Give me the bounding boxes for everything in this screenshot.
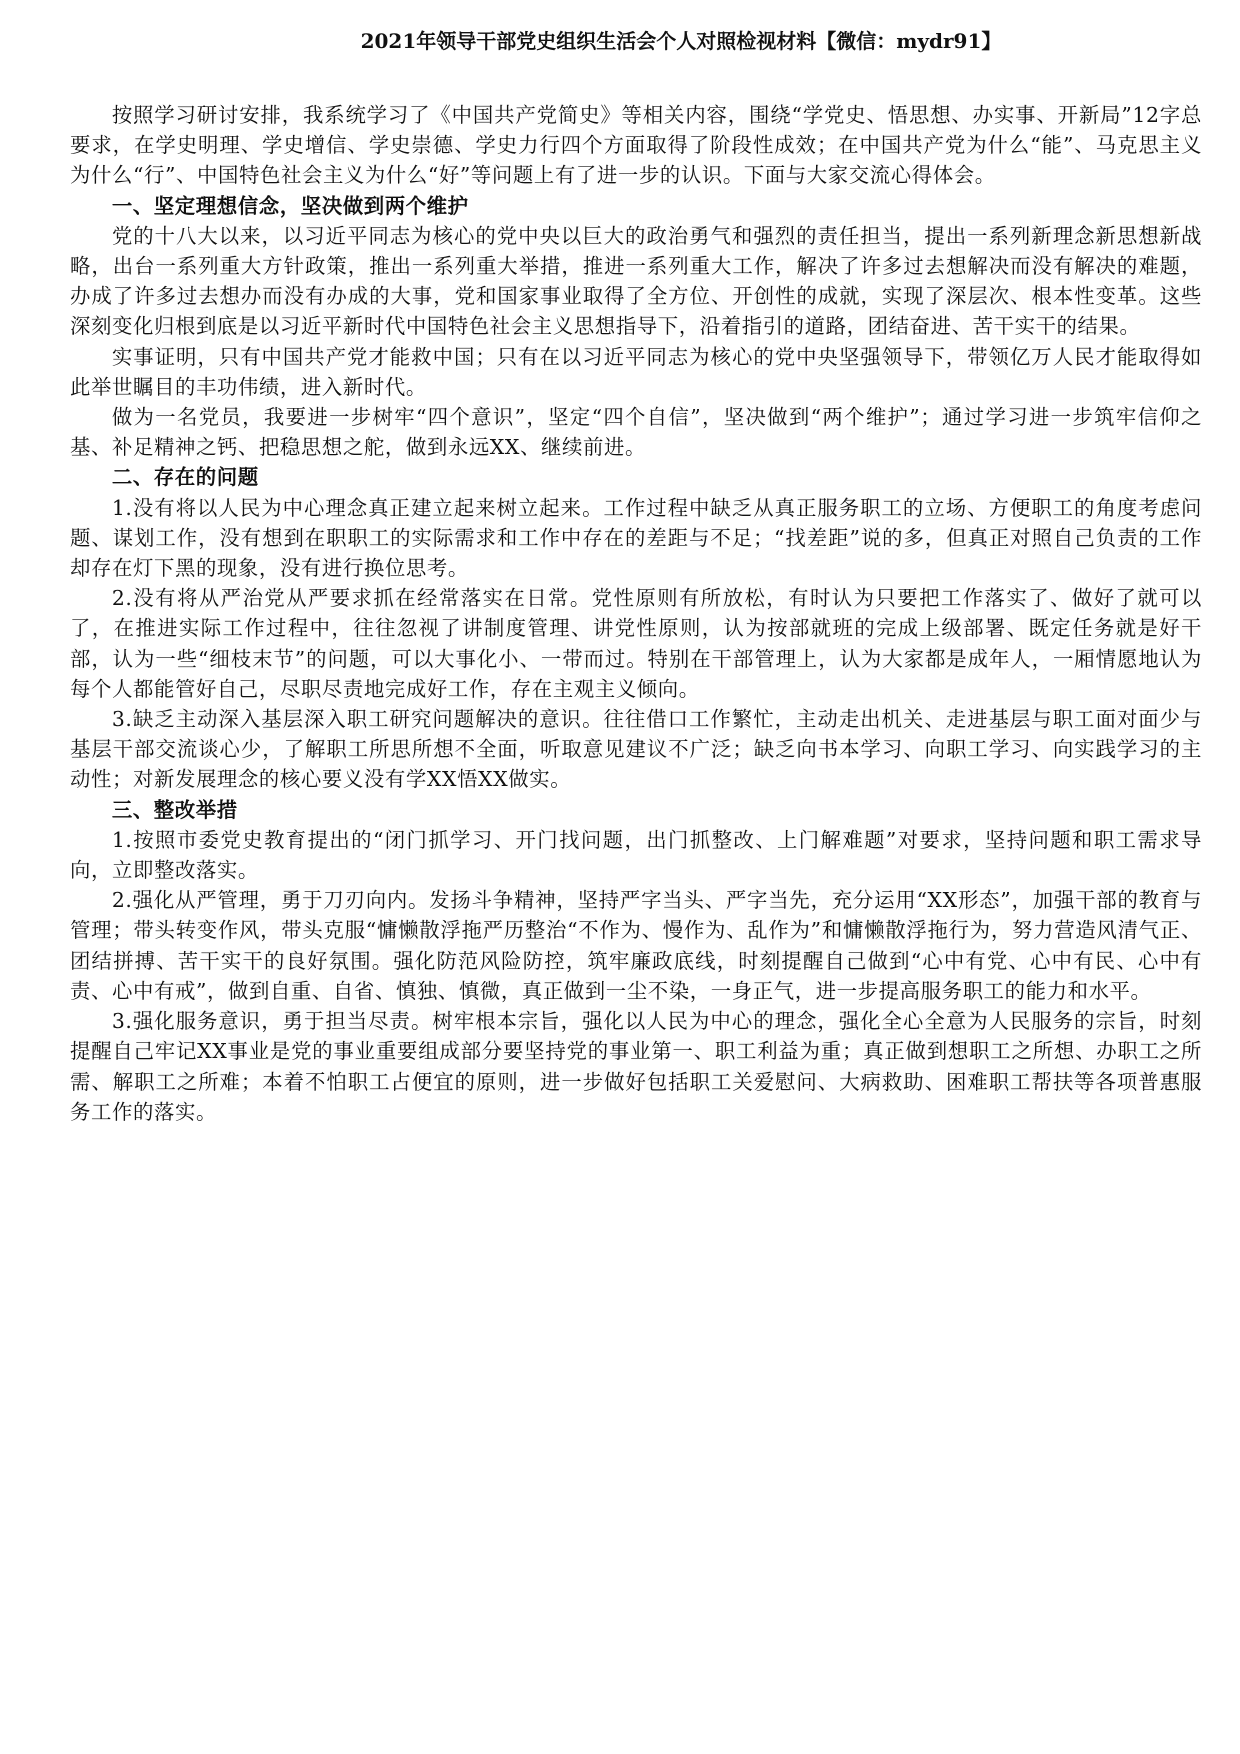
section-heading-3: 三、整改举措 bbox=[70, 795, 1202, 825]
section-1-paragraph-2: 实事证明，只有中国共产党才能救中国；只有在以习近平同志为核心的党中央坚强领导下，… bbox=[70, 342, 1202, 402]
section-3-paragraph-1: 1.按照市委党史教育提出的“闭门抓学习、开门找问题，出门抓整改、上门解难题”对要… bbox=[70, 825, 1202, 885]
section-2-paragraph-2: 2.没有将从严治党从严要求抓在经常落实在日常。党性原则有所放松，有时认为只要把工… bbox=[70, 583, 1202, 704]
section-3-paragraph-2: 2.强化从严管理，勇于刀刃向内。发扬斗争精神，坚持严字当头、严字当先，充分运用“… bbox=[70, 885, 1202, 1006]
intro-paragraph: 按照学习研讨安排，我系统学习了《中国共产党简史》等相关内容，围绕“学党史、悟思想… bbox=[70, 100, 1202, 191]
section-1-paragraph-1: 党的十八大以来，以习近平同志为核心的党中央以巨大的政治勇气和强烈的责任担当，提出… bbox=[70, 221, 1202, 342]
document-page: 2021年领导干部党史组织生活会个人对照检视材料【微信：mydr91】 按照学习… bbox=[70, 0, 1202, 1127]
section-2-paragraph-3: 3.缺乏主动深入基层深入职工研究问题解决的意识。往往借口工作繁忙，主动走出机关、… bbox=[70, 704, 1202, 795]
section-3-paragraph-3: 3.强化服务意识，勇于担当尽责。树牢根本宗旨，强化以人民为中心的理念，强化全心全… bbox=[70, 1006, 1202, 1127]
document-title: 2021年领导干部党史组织生活会个人对照检视材料【微信：mydr91】 bbox=[70, 0, 1202, 58]
document-body: 按照学习研讨安排，我系统学习了《中国共产党简史》等相关内容，围绕“学党史、悟思想… bbox=[70, 100, 1202, 1127]
section-2-paragraph-1: 1.没有将以人民为中心理念真正建立起来树立起来。工作过程中缺乏从真正服务职工的立… bbox=[70, 493, 1202, 584]
section-heading-1: 一、坚定理想信念，坚决做到两个维护 bbox=[70, 191, 1202, 221]
section-heading-2: 二、存在的问题 bbox=[70, 462, 1202, 492]
section-1-paragraph-3: 做为一名党员，我要进一步树牢“四个意识”，坚定“四个自信”，坚决做到“两个维护”… bbox=[70, 402, 1202, 462]
